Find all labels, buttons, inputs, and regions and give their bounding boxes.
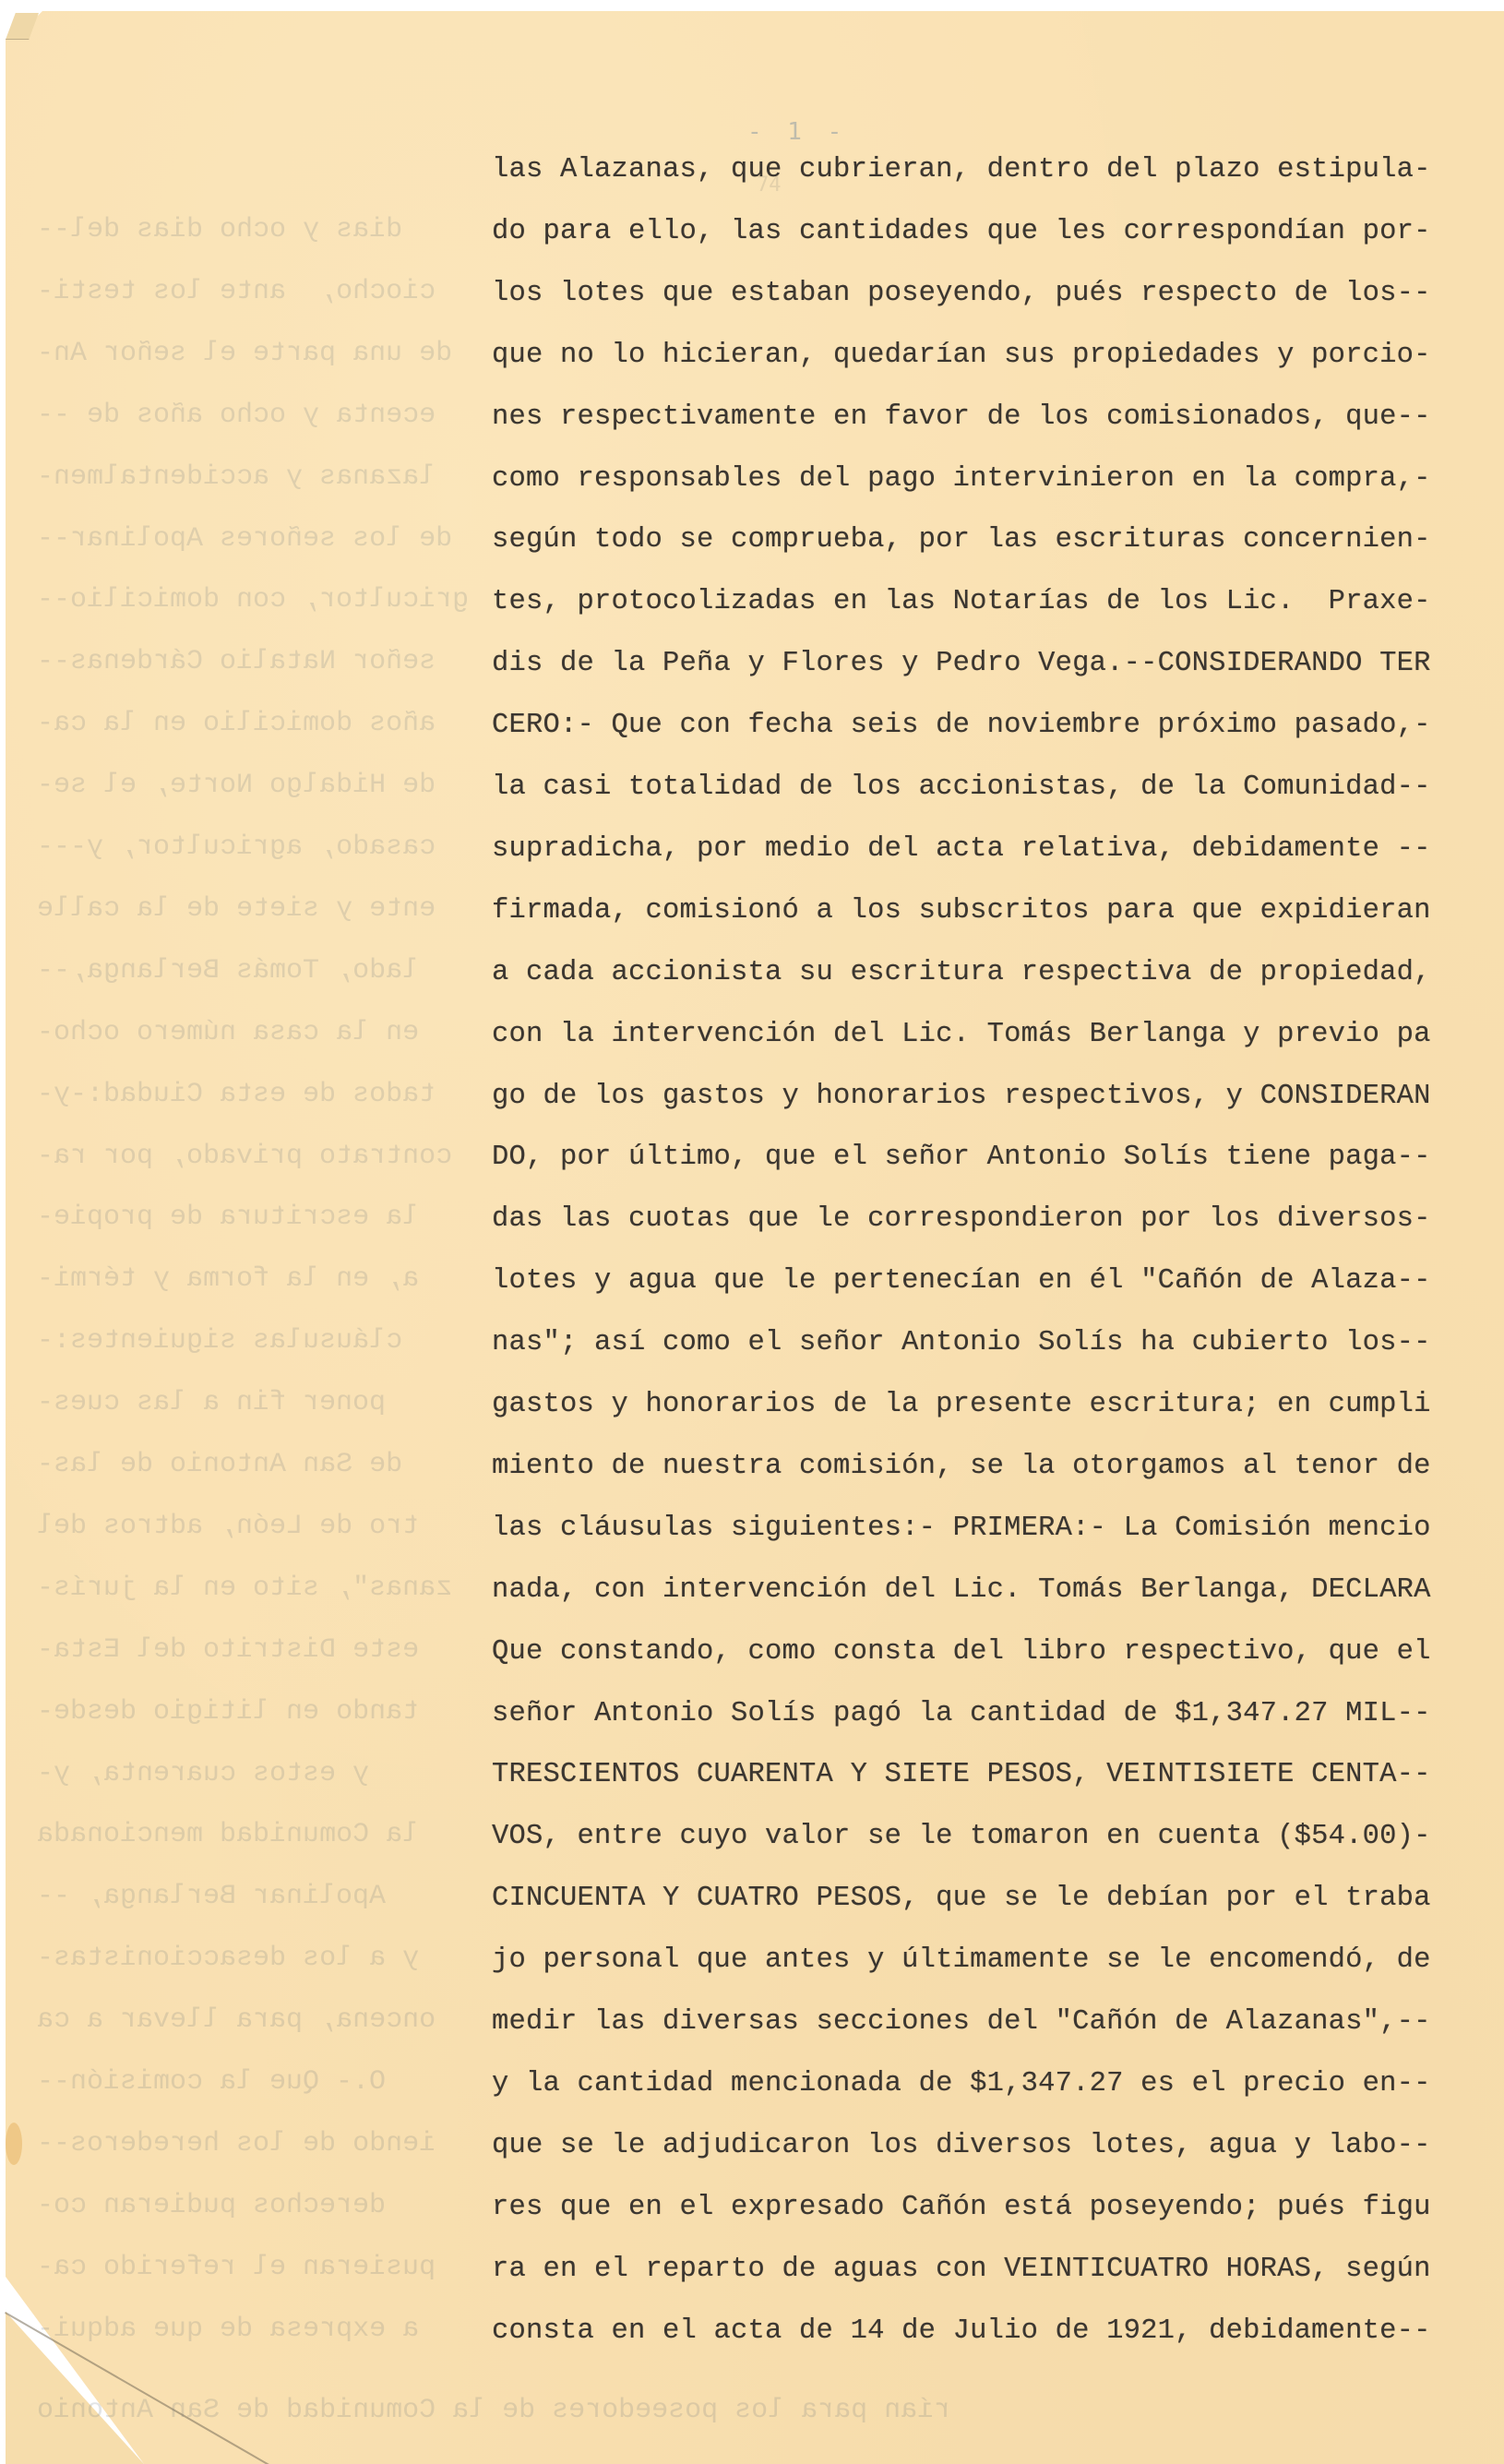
text-line: las cláusulas siguientes:- PRIMERA:- La …: [492, 1512, 1431, 1545]
text-line: como responsables del pago intervinieron…: [492, 462, 1431, 496]
text-line: los lotes que estaban poseyendo, pués re…: [492, 277, 1431, 310]
text-line: que se le adjudicaron los diversos lotes…: [492, 2129, 1431, 2162]
text-line: ra en el reparto de aguas con VEINTICUAT…: [492, 2253, 1431, 2286]
text-line: tes, protocolizadas en las Notarías de l…: [492, 585, 1431, 618]
text-line: según todo se comprueba, por las escritu…: [492, 523, 1431, 556]
text-line: y la cantidad mencionada de $1,347.27 es…: [492, 2067, 1431, 2100]
text-line: CERO:- Que con fecha seis de noviembre p…: [492, 709, 1431, 742]
text-line: gastos y honorarios de la presente escri…: [492, 1388, 1431, 1421]
text-line: res que en el expresado Cañón está posey…: [492, 2191, 1431, 2224]
text-line: CINCUENTA Y CUATRO PESOS, que se le debí…: [492, 1882, 1431, 1915]
text-line: DO, por último, que el señor Antonio Sol…: [492, 1141, 1431, 1174]
text-line: miento de nuestra comisión, se la otorga…: [492, 1450, 1431, 1483]
text-line: das las cuotas que le correspondieron po…: [492, 1202, 1431, 1236]
scanned-document: dias y ocho dias del--ciocho, ante los t…: [0, 0, 1504, 2464]
text-line: firmada, comisionó a los subscritos para…: [492, 894, 1431, 927]
text-line: que no lo hicieran, quedarían sus propie…: [492, 339, 1431, 372]
text-line: lotes y agua que le pertenecían en él "C…: [492, 1264, 1431, 1298]
text-line: do para ello, las cantidades que les cor…: [492, 215, 1431, 248]
text-line: jo personal que antes y últimamente se l…: [492, 1944, 1431, 1977]
text-line: go de los gastos y honorarios respectivo…: [492, 1080, 1431, 1113]
page-number: - 1 -: [747, 118, 847, 146]
text-line: señor Antonio Solís pagó la cantidad de …: [492, 1697, 1431, 1730]
text-line: nes respectivamente en favor de los comi…: [492, 401, 1431, 434]
text-line: nada, con intervención del Lic. Tomás Be…: [492, 1573, 1431, 1607]
text-line: con la intervención del Lic. Tomás Berla…: [492, 1018, 1431, 1051]
text-line: las Alazanas, que cubrieran, dentro del …: [492, 153, 1431, 186]
text-line: la casi totalidad de los accionistas, de…: [492, 771, 1431, 804]
text-line: Que constando, como consta del libro res…: [492, 1635, 1431, 1669]
text-line: medir las diversas secciones del "Cañón …: [492, 2005, 1431, 2039]
text-line: supradicha, por medio del acta relativa,…: [492, 832, 1431, 866]
text-line: nas"; así como el señor Antonio Solís ha…: [492, 1326, 1431, 1359]
text-line: dis de la Peña y Flores y Pedro Vega.--C…: [492, 647, 1431, 680]
text-line: consta en el acta de 14 de Julio de 1921…: [492, 2314, 1431, 2348]
text-line: TRESCIENTOS CUARENTA Y SIETE PESOS, VEIN…: [492, 1758, 1431, 1791]
text-line: VOS, entre cuyo valor se le tomaron en c…: [492, 1820, 1431, 1853]
paper-stain: [6, 2123, 22, 2165]
text-line: a cada accionista su escritura respectiv…: [492, 956, 1431, 989]
